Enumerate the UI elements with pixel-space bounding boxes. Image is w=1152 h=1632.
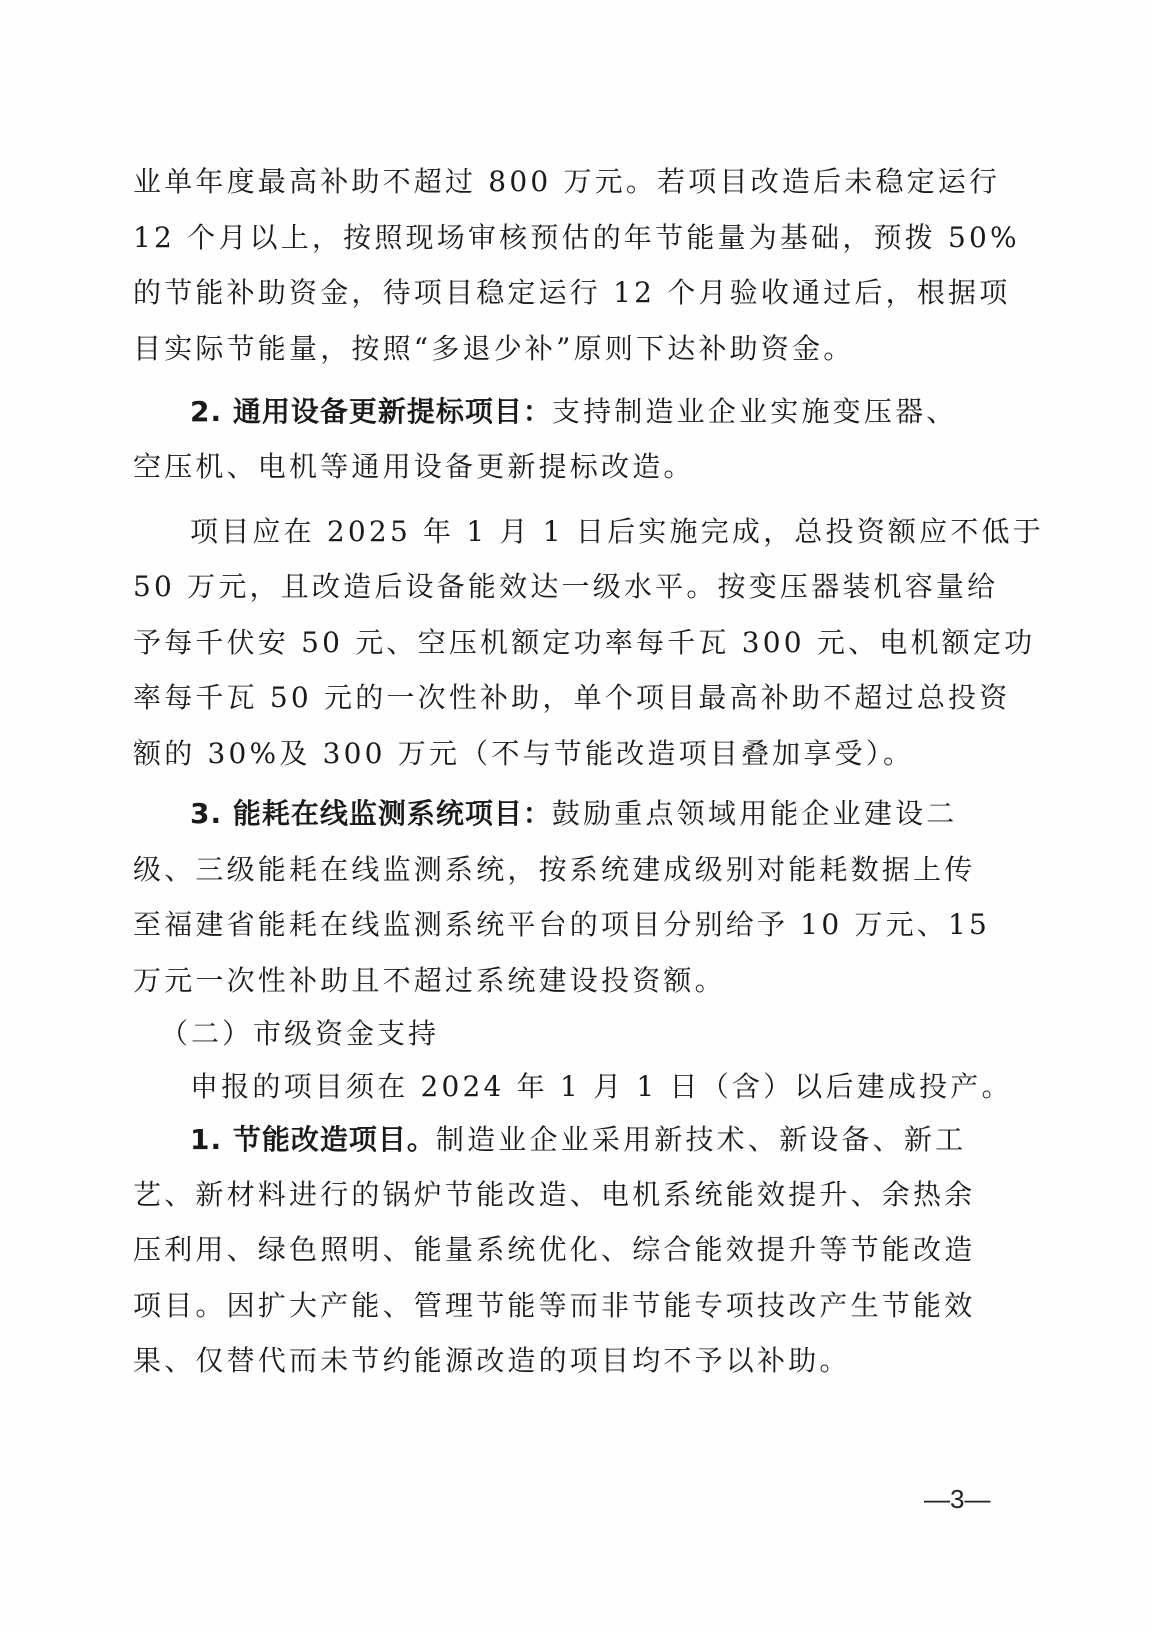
line-text: 压利用、绿色照明、能量系统优化、综合能效提升等节能改造: [133, 1233, 975, 1266]
body-text-line: 项目。因扩大产能、管理节能等而非节能专项技改产生节能效: [133, 1286, 953, 1326]
line-text: 目实际节能量，按照“多退少补”原则下达补助资金。: [133, 332, 854, 365]
line-text: 万元一次性补助且不超过系统建设投资额。: [133, 964, 726, 997]
body-text-line: 申报的项目须在 2024 年 1 月 1 日（含）以后建成投产。: [190, 1067, 953, 1107]
line-text: 至福建省能耗在线监测系统平台的项目分别给予 10 万元、15: [133, 908, 990, 941]
item-title: 3. 能耗在线监测系统项目：: [190, 797, 552, 830]
body-text-line: 予每千伏安 50 元、空压机额定功率每千瓦 300 元、电机额定功: [133, 623, 953, 663]
body-text-line: 万元一次性补助且不超过系统建设投资额。: [133, 961, 953, 1001]
body-text-line: 项目应在 2025 年 1 月 1 日后实施完成，总投资额应不低于: [190, 512, 953, 552]
body-text-line: 压利用、绿色照明、能量系统优化、综合能效提升等节能改造: [133, 1230, 953, 1270]
body-text-line: 率每千瓦 50 元的一次性补助，单个项目最高补助不超过总投资: [133, 678, 953, 718]
body-text-line: 空压机、电机等通用设备更新提标改造。: [133, 447, 953, 487]
line-text: 业单年度最高补助不超过 800 万元。若项目改造后未稳定运行: [133, 165, 1000, 198]
item-text: 制造业企业采用新技术、新设备、新工: [436, 1123, 966, 1156]
section-item-heading: 2. 通用设备更新提标项目：支持制造业企业实施变压器、: [190, 392, 953, 432]
line-text: 的节能补助资金，待项目稳定运行 12 个月验收通过后，根据项: [133, 276, 1010, 309]
line-text: 果、仅替代而未节约能源改造的项目均不予以补助。: [133, 1344, 851, 1377]
line-text: 空压机、电机等通用设备更新提标改造。: [133, 450, 695, 483]
document-page: 业单年度最高补助不超过 800 万元。若项目改造后未稳定运行 12 个月以上，按…: [0, 0, 1152, 1632]
page-number: —3—: [924, 1484, 990, 1515]
line-text: 申报的项目须在 2024 年 1 月 1 日（含）以后建成投产。: [190, 1070, 1013, 1103]
line-text: 50 万元，且改造后设备能效达一级水平。按变压器装机容量给: [133, 570, 998, 603]
line-text: 项目。因扩大产能、管理节能等而非节能专项技改产生节能效: [133, 1289, 975, 1322]
item-text: 支持制造业企业实施变压器、: [552, 395, 958, 428]
line-text: 级、三级能耗在线监测系统，按系统建成级别对能耗数据上传: [133, 853, 975, 886]
line-text: 艺、新材料进行的锅炉节能改造、电机系统能效提升、余热余: [133, 1178, 975, 1211]
body-text-line: 的节能补助资金，待项目稳定运行 12 个月验收通过后，根据项: [133, 273, 953, 313]
body-text-line: 果、仅替代而未节约能源改造的项目均不予以补助。: [133, 1341, 953, 1381]
line-text: 予每千伏安 50 元、空压机额定功率每千瓦 300 元、电机额定功: [133, 626, 1035, 659]
body-text-line: 级、三级能耗在线监测系统，按系统建成级别对能耗数据上传: [133, 850, 953, 890]
line-text: 12 个月以上，按照现场审核预估的年节能量为基础，预拨 50%: [133, 221, 1020, 254]
section-item-heading: 3. 能耗在线监测系统项目：鼓励重点领域用能企业建设二: [190, 794, 953, 834]
line-text: 项目应在 2025 年 1 月 1 日后实施完成，总投资额应不低于: [190, 515, 1044, 548]
body-text-line: 目实际节能量，按照“多退少补”原则下达补助资金。: [133, 329, 953, 369]
item-text: 鼓励重点领域用能企业建设二: [552, 797, 958, 830]
line-text: 率每千瓦 50 元的一次性补助，单个项目最高补助不超过总投资: [133, 681, 1010, 714]
line-text: 额的 30%及 300 万元（不与节能改造项目叠加享受）。: [133, 737, 914, 770]
body-text-line: 12 个月以上，按照现场审核预估的年节能量为基础，预拨 50%: [133, 218, 953, 258]
body-text-line: 至福建省能耗在线监测系统平台的项目分别给予 10 万元、15: [133, 905, 953, 945]
body-text-line: 50 万元，且改造后设备能效达一级水平。按变压器装机容量给: [133, 567, 953, 607]
body-text-line: 艺、新材料进行的锅炉节能改造、电机系统能效提升、余热余: [133, 1175, 953, 1215]
body-text-line: 额的 30%及 300 万元（不与节能改造项目叠加享受）。: [133, 734, 953, 774]
section-item-heading: 1. 节能改造项目。制造业企业采用新技术、新设备、新工: [190, 1120, 953, 1160]
item-title: 1. 节能改造项目。: [190, 1123, 436, 1156]
body-text-line: 业单年度最高补助不超过 800 万元。若项目改造后未稳定运行: [133, 162, 953, 202]
item-title: 2. 通用设备更新提标项目：: [190, 395, 552, 428]
section-subheading: （二）市级资金支持: [160, 1014, 439, 1054]
